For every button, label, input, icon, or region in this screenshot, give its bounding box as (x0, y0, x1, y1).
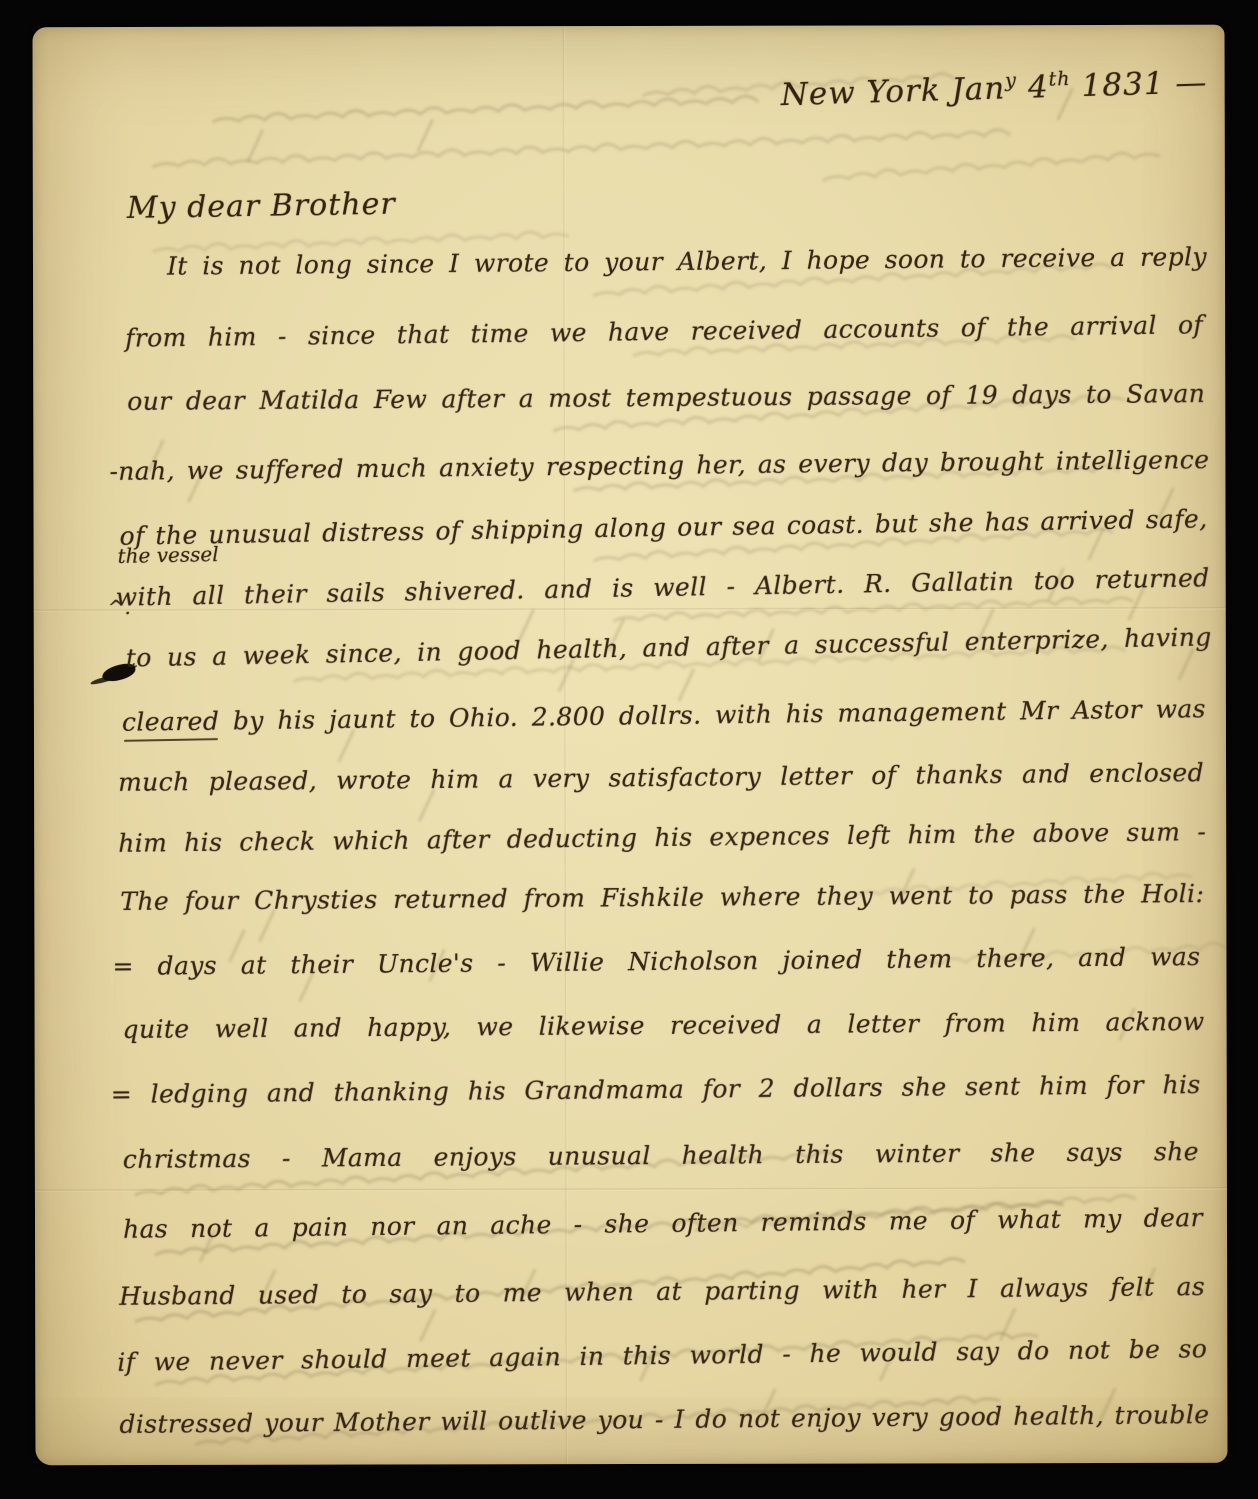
letter-line-9: much pleased, wrote him a very satisfact… (118, 759, 1204, 798)
salutation: My dear Brother (127, 187, 396, 226)
letter-line-8: cleared by his jaunt to Ohio. 2.800 doll… (122, 695, 1206, 737)
letter-line-13: quite well and happy, we likewise receiv… (122, 1008, 1204, 1045)
letter-line-19: distressed your Mother will outlive you … (119, 1401, 1209, 1440)
letter-line-16: has not a pain nor an ache - she often r… (123, 1204, 1203, 1244)
letter-line-4: -nah, we suffered much anxiety respectin… (109, 446, 1209, 487)
letter-line-15: christmas - Mama enjoys unusual health t… (123, 1138, 1199, 1175)
letter-line-1: It is not long since I wrote to your Alb… (167, 243, 1207, 281)
letter-line-18: if we never should meet again in this wo… (117, 1335, 1207, 1377)
horizontal-fold-crease (35, 1187, 1227, 1192)
letter-line-17: Husband used to say to me when at partin… (119, 1273, 1205, 1312)
letter-body: It is not long since I wrote to your Alb… (32, 25, 1224, 27)
letter-line-2: from him - since that time we have recei… (125, 311, 1203, 353)
dateline-city: New York Jan (780, 70, 1006, 113)
dateline-year: 1831 — (1070, 64, 1208, 104)
dateline-superscript: y (1005, 69, 1018, 92)
letter-line-5: of the unusual distress of shipping alon… (119, 505, 1207, 551)
letter-line-11: The four Chrysties returned from Fishkil… (120, 880, 1204, 917)
letter-page: New York Jany 4th 1831 — My dear Brother… (32, 25, 1227, 1465)
letter-line-12: = days at their Uncle's - Willie Nichols… (112, 943, 1200, 982)
dateline-ordinal: th (1048, 67, 1071, 91)
cleared-underline (124, 738, 218, 742)
dateline: New York Jany 4th 1831 — (780, 63, 1208, 113)
letter-line-14: = ledging and thanking his Grandmama for… (111, 1071, 1201, 1110)
letter-line-7: to us a week since, in good health, and … (126, 623, 1212, 673)
dateline-day: 4 (1017, 69, 1050, 106)
vertical-fold-crease (562, 26, 568, 1464)
scan-background: New York Jany 4th 1831 — My dear Brother… (0, 0, 1258, 1499)
letter-line-3: our dear Matilda Few after a most tempes… (127, 380, 1205, 417)
letter-line-6: with all their sails shivered. and is we… (116, 564, 1210, 612)
ink-bleedthrough-layer (32, 25, 1227, 1465)
letter-line-10: him his check which after deducting his … (118, 818, 1206, 859)
